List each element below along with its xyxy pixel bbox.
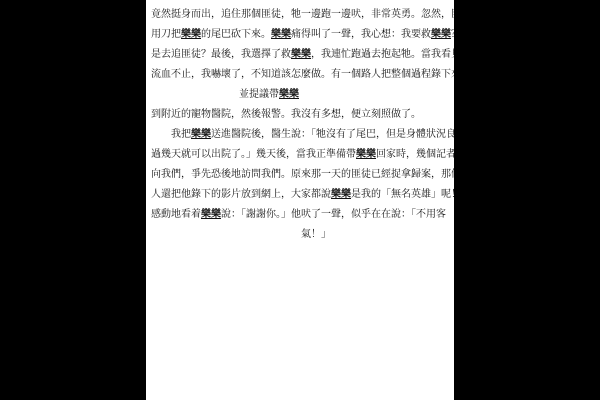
text-line: 向我們，爭先恐後地訪問我們。原來那一天的匪徒已經捉拿歸案，那個路 [151,165,451,185]
text-line: 過幾天就可以出院了。」幾天後，當我正準備帶樂樂回家時，幾個記者湧 [151,145,451,165]
text-line: 並提議帶樂樂 [151,85,451,105]
right-letterbox [454,0,600,400]
text-run: 人還把他錄下的影片放到網上，大家都說 [151,189,331,200]
pet-name-emphasis: 樂樂 [191,129,211,140]
text-line: 用刀把樂樂的尾巴砍下來。樂樂痛得叫了一聲，我心想：我要救樂樂？還 [151,25,451,45]
pet-name-emphasis: 樂樂 [271,29,291,40]
pet-name-emphasis: 樂樂 [181,29,201,40]
pet-name-emphasis: 樂樂 [331,189,351,200]
pet-name-emphasis: 樂樂 [201,209,221,220]
text-run: 並提議帶 [239,89,279,100]
text-run: 向我們，爭先恐後地訪問我們。原來那一天的匪徒已經捉拿歸案，那個路 [151,169,471,180]
text-run: 說：「謝謝你。」他吠了一聲，似乎在在說：「不用客 [221,209,446,220]
text-run: 是去追匪徒？最後，我選擇了救 [151,49,291,60]
text-run: 氣！」 [301,229,331,240]
pet-name-emphasis: 樂樂 [431,29,451,40]
text-run: 痛得叫了一聲，我心想：我要救 [291,29,431,40]
pet-name-emphasis: 樂樂 [279,89,299,100]
text-run: 我把 [171,129,191,140]
text-line: 是去追匪徒？最後，我選擇了救樂樂，我連忙跑過去抱起牠。當我看見牠 [151,45,451,65]
text-run: 流血不止，我嚇壞了，不知道該怎麼做。有一個路人把整個過程錄下來， [151,69,471,80]
text-line: 我把樂樂送進醫院後，醫生說：「牠沒有了尾巴，但是身體狀況良好， [151,125,451,145]
left-letterbox [0,0,146,400]
text-line: 感動地看着樂樂說：「謝謝你。」他吠了一聲，似乎在在說：「不用客 [151,205,451,225]
document-body: 竟然挺身而出，追住那個匪徒，牠一邊跑一邊吠，非常英勇。忽然，匪徒用刀把樂樂的尾巴… [146,0,454,245]
text-line: 氣！」 [151,225,451,245]
text-run: 送進醫院後，醫生說：「牠沒有了尾巴，但是身體狀況良好， [211,129,476,140]
pet-name-emphasis: 樂樂 [356,149,376,160]
text-run: 竟然挺身而出，追住那個匪徒，牠一邊跑一邊吠，非常英勇。忽然，匪徒 [151,9,471,20]
text-run: 回家時，幾個記者湧 [376,149,466,160]
text-run: 用刀把 [151,29,181,40]
document-page: 竟然挺身而出，追住那個匪徒，牠一邊跑一邊吠，非常英勇。忽然，匪徒用刀把樂樂的尾巴… [146,0,454,400]
text-run: 感動地看着 [151,209,201,220]
text-run: 到附近的寵物醫院，然後報警。我沒有多想，便立刻照做了。 [151,109,421,120]
text-run: ，我連忙跑過去抱起牠。當我看見牠 [311,49,471,60]
text-line: 流血不止，我嚇壞了，不知道該怎麼做。有一個路人把整個過程錄下來， [151,65,451,85]
text-run: 過幾天就可以出院了。」幾天後，當我正準備帶 [151,149,356,160]
screenshot-root: 竟然挺身而出，追住那個匪徒，牠一邊跑一邊吠，非常英勇。忽然，匪徒用刀把樂樂的尾巴… [0,0,600,400]
pet-name-emphasis: 樂樂 [291,49,311,60]
text-line: 到附近的寵物醫院，然後報警。我沒有多想，便立刻照做了。 [151,105,451,125]
text-line: 人還把他錄下的影片放到網上，大家都說樂樂是我的「無名英雄」呢！我 [151,185,451,205]
text-run: 是我的「無名英雄」呢！我 [351,189,471,200]
text-line: 竟然挺身而出，追住那個匪徒，牠一邊跑一邊吠，非常英勇。忽然，匪徒 [151,5,451,25]
text-run: 的尾巴砍下來。 [201,29,271,40]
